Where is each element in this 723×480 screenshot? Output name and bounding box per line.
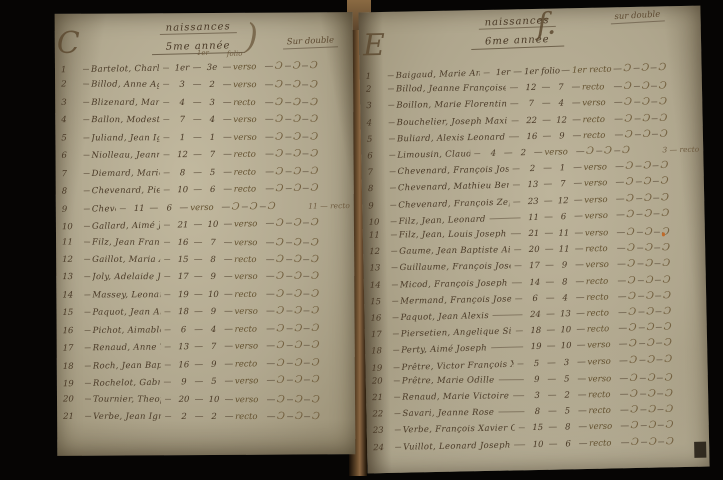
ditto-mark: Ɔ	[294, 374, 303, 386]
connector-dash	[620, 378, 628, 379]
entry-number: 8	[62, 186, 82, 196]
ditto-mark: Ɔ	[643, 176, 652, 188]
connector-dash	[193, 119, 201, 120]
entry-name: Bouchelier, Joseph Maximin	[397, 116, 508, 128]
connector-dash	[266, 294, 274, 295]
ditto-mark: Ɔ	[630, 388, 639, 400]
connector-dash	[223, 67, 231, 68]
connector-dash	[577, 329, 585, 330]
connector-dash	[390, 188, 396, 189]
entry-name: Renaud, Anne Therese	[93, 343, 161, 354]
connector-dash	[392, 284, 398, 285]
entry-folio-number: 3e	[203, 63, 221, 73]
connector-dash	[614, 150, 620, 151]
sur-double-ditto-marks: ƆƆƆ	[277, 323, 351, 335]
entry-name: Micod, François Joseph	[400, 278, 508, 290]
connector-dash	[544, 168, 552, 169]
register-entry: 24Vuillot, Leonard Joseph106rectoƆƆƆ	[373, 435, 705, 453]
ditto-mark: Ɔ	[663, 306, 672, 318]
connector-dash	[574, 167, 582, 168]
connector-dash	[639, 359, 645, 360]
connector-dash	[260, 206, 266, 207]
sur-double-ditto-marks: ƆƆƆ	[629, 337, 703, 350]
connector-dash	[195, 346, 203, 347]
connector-dash	[542, 87, 550, 88]
entry-folio-number: 2	[205, 412, 223, 422]
ditto-mark: Ɔ	[311, 183, 320, 195]
connector-dash	[579, 443, 587, 444]
entry-name: Guillaume, François Joseph	[399, 262, 510, 274]
connector-dash	[84, 312, 90, 313]
connector-dash	[549, 427, 557, 428]
connector-line	[514, 266, 521, 267]
ditto-mark: Ɔ	[643, 192, 651, 204]
connector-dash	[389, 155, 395, 156]
connector-dash	[547, 330, 555, 331]
connector-dash	[578, 394, 586, 395]
connector-dash	[545, 233, 553, 234]
entry-name: Perty, Aimé Joseph	[401, 344, 487, 356]
entry-name: Buliard, Alexis Leonard	[397, 132, 506, 144]
connector-line	[491, 347, 523, 349]
entry-act-number: 23	[524, 196, 542, 206]
scanned-register-photo: C naissances 5me année ) Sur double 1er …	[0, 0, 723, 480]
entry-folio-number: 12	[554, 196, 572, 206]
connector-dash	[83, 119, 89, 120]
connector-dash	[193, 102, 201, 103]
entry-folio-number: 4	[205, 325, 223, 335]
sur-double-ditto-marks: ƆƆƆ	[630, 388, 704, 400]
entry-name: Chevenard, François Joseph	[398, 165, 509, 177]
sur-double-ditto-marks: ƆƆƆ	[630, 404, 704, 416]
entry-act-number: 14	[526, 277, 544, 287]
register-entry: 12Gaume, Jean Baptiste Aimé2011rectoƆƆƆ	[369, 242, 701, 257]
connector-dash	[546, 265, 554, 266]
entry-name: Filz, Jean, Leonard	[398, 214, 485, 227]
register-entry: 16Pichot, Aimable Pline64rectoƆƆƆ	[63, 323, 351, 336]
connector-dash	[303, 242, 309, 243]
ditto-mark: Ɔ	[648, 420, 657, 432]
entry-folio-side: recto	[235, 324, 265, 334]
connector-dash	[242, 206, 248, 207]
ditto-mark: Ɔ	[626, 193, 634, 205]
sur-double-ditto-marks: ƆƆƆ	[275, 80, 349, 91]
sur-double-ditto-marks: ƆƆƆ	[627, 258, 701, 270]
ditto-mark: Ɔ	[661, 208, 669, 220]
entry-folio-number: 9	[205, 359, 223, 369]
connector-dash	[616, 166, 624, 167]
entry-folio-number: 6	[160, 203, 178, 213]
connector-dash	[303, 136, 309, 137]
connector-dash	[395, 430, 401, 431]
connector-line	[512, 120, 519, 121]
connector-dash	[84, 208, 90, 209]
entry-act-number: 13	[524, 180, 542, 190]
entry-folio-side: verso	[233, 133, 263, 143]
connector-dash	[657, 359, 663, 360]
connector-dash	[637, 264, 643, 265]
entry-number: 3	[61, 98, 81, 108]
connector-dash	[394, 413, 400, 414]
entry-name: Baigaud, Marie Angelique	[396, 69, 481, 82]
entry-act-number: 8	[528, 407, 546, 417]
connector-dash	[633, 68, 639, 69]
entry-act-number: 3	[173, 80, 191, 90]
connector-dash	[195, 398, 203, 399]
entry-folio-number: 6	[554, 212, 572, 223]
entry-name: Savari, Jeanne Rose	[402, 408, 494, 419]
entry-act-number: 17	[174, 272, 192, 282]
ditto-mark: Ɔ	[641, 97, 650, 109]
connector-dash	[223, 102, 231, 103]
connector-dash	[85, 330, 91, 331]
entry-act-number: 20	[175, 394, 193, 404]
entry-act-number: 17	[525, 261, 543, 271]
entry-number: 14	[370, 280, 390, 290]
connector-dash	[658, 441, 664, 442]
connector-dash	[621, 442, 629, 443]
connector-dash	[304, 379, 310, 380]
entry-name: Renaud, Marie Victoire	[402, 391, 509, 402]
ditto-mark: Ɔ	[641, 62, 649, 74]
entry-folio-number: 5	[558, 407, 576, 417]
ditto-mark: Ɔ	[293, 236, 302, 248]
ditto-mark: Ɔ	[276, 254, 285, 266]
entry-name: Tournier, Theophile Tobie	[93, 394, 161, 404]
connector-dash	[575, 249, 583, 250]
ditto-mark: Ɔ	[629, 372, 638, 384]
connector-dash	[654, 232, 660, 233]
connector-dash	[267, 345, 275, 346]
connector-dash	[655, 279, 661, 280]
sur-double-ditto-marks: ƆƆƆ	[276, 165, 350, 177]
register-entry: 16Paquot, Jean Alexis2413rectoƆƆƆ	[370, 305, 702, 323]
connector-dash	[392, 301, 398, 302]
entry-act-number: 16	[523, 132, 541, 142]
entry-act-number: 12	[173, 150, 191, 160]
connector-line	[164, 225, 170, 226]
connector-dash	[618, 312, 626, 313]
connector-dash	[579, 426, 587, 427]
entry-folio-side: verso	[234, 238, 264, 248]
register-entry: 4Ballon, Modeste Alexis74versoƆƆƆ	[61, 114, 349, 125]
connector-dash	[545, 249, 553, 250]
ditto-mark: Ɔ	[294, 357, 303, 369]
ditto-mark: Ɔ	[659, 96, 668, 108]
entry-folio-side: verso	[235, 342, 265, 352]
ditto-mark: Ɔ	[276, 393, 285, 405]
ditto-mark: Ɔ	[630, 404, 639, 416]
ditto-mark: Ɔ	[276, 357, 285, 369]
register-entry: 3Boillon, Marie Florentine74versoƆƆƆ	[366, 96, 698, 111]
connector-dash	[285, 85, 291, 86]
ditto-mark: Ɔ	[664, 322, 673, 334]
entry-name: Joly, Adelaide Julie	[92, 272, 160, 282]
entry-number: 10	[62, 222, 82, 232]
entry-act-number: 9	[175, 377, 193, 387]
ditto-mark: Ɔ	[623, 81, 632, 93]
connector-line	[513, 395, 524, 396]
entry-folio-side: recto	[588, 406, 618, 416]
entry-number: 19	[63, 379, 83, 389]
register-entry: 8Chevenard, Pierre Julie106rectoƆƆƆ	[62, 183, 350, 197]
entry-folio-number: 1er folio	[524, 66, 560, 77]
entry-number: 18	[63, 361, 83, 371]
connector-dash	[265, 102, 273, 103]
ditto-mark: Ɔ	[275, 236, 284, 248]
entry-name: Niolleau, Jeanne Marie Philippine	[91, 151, 159, 161]
connector-dash	[655, 248, 661, 249]
entry-act-number: 10	[529, 439, 547, 449]
connector-dash	[636, 182, 642, 183]
sur-double-ditto-marks: ƆƆƆ	[628, 274, 702, 286]
sur-double-ditto-marks: ƆƆƆ	[624, 96, 698, 108]
connector-dash	[504, 152, 512, 153]
connector-dash	[658, 425, 664, 426]
entry-folio-number: 2	[558, 390, 576, 400]
entry-number: 7	[368, 167, 388, 177]
ditto-mark: Ɔ	[293, 254, 302, 266]
entry-folio-number: 9	[204, 272, 222, 282]
connector-dash	[635, 166, 641, 167]
connector-line	[165, 347, 171, 348]
entry-name: Billod, Anne Agnes Elizabeth	[91, 80, 159, 90]
entry-folio-number: 7	[205, 342, 223, 352]
left-page: C naissances 5me année ) Sur double 1er …	[55, 12, 356, 456]
connector-dash	[84, 277, 90, 278]
ditto-mark: Ɔ	[311, 305, 320, 317]
connector-dash	[656, 327, 662, 328]
register-entry: 1Bartelot, Charle Auguste1er3eversoƆƆƆ	[61, 60, 349, 76]
connector-dash	[180, 207, 188, 208]
entry-name: Prêtre, Marie Odille	[402, 375, 495, 386]
connector-dash	[577, 361, 585, 362]
entry-folio-side: recto	[583, 130, 613, 141]
entry-act-number: 11	[130, 203, 148, 213]
connector-dash	[286, 259, 292, 260]
entry-act-number: 21	[525, 229, 543, 239]
connector-line	[484, 72, 490, 73]
connector-dash	[578, 378, 586, 379]
connector-dash	[267, 380, 275, 381]
connector-dash	[285, 119, 291, 120]
connector-dash	[616, 198, 624, 199]
connector-dash	[266, 188, 274, 189]
ditto-mark: Ɔ	[310, 60, 319, 72]
entry-number: 4	[367, 118, 387, 128]
register-entry: 22Savari, Jeanne Rose85rectoƆƆƆ	[372, 404, 704, 420]
entry-folio-number: 11	[555, 229, 573, 239]
ditto-mark: Ɔ	[665, 404, 674, 416]
connector-dash	[225, 416, 233, 417]
connector-dash	[194, 311, 202, 312]
entry-folio-number: 8	[204, 255, 222, 265]
connector-dash	[83, 69, 89, 70]
entry-number: 12	[62, 255, 82, 265]
sur-double-ditto-marks: ƆƆƆ	[586, 144, 660, 156]
entry-name: Gaillot, Maria Angelica	[92, 255, 160, 265]
ditto-mark: Ɔ	[311, 322, 320, 334]
connector-dash	[194, 154, 202, 155]
entry-folio-number: 9	[553, 131, 571, 141]
connector-dash	[657, 377, 663, 378]
entry-folio-side: verso	[233, 62, 263, 72]
entry-number: 4	[61, 115, 81, 125]
entry-folio-side: recto	[234, 167, 264, 177]
connector-line	[519, 428, 525, 429]
entry-folio-side: verso	[584, 194, 614, 205]
connector-dash	[573, 135, 581, 136]
connector-dash	[267, 399, 275, 400]
connector-dash	[547, 346, 555, 347]
connector-dash	[393, 317, 399, 318]
connector-dash	[193, 137, 201, 138]
entry-folio-side: recto	[233, 150, 263, 160]
sur-double-ditto-marks: ƆƆƆ	[232, 200, 306, 212]
connector-dash	[302, 65, 308, 66]
register-entry: 6Niolleau, Jeanne Marie Philippine127rec…	[61, 148, 349, 161]
connector-dash	[393, 350, 399, 351]
ditto-mark: Ɔ	[294, 340, 303, 352]
connector-dash	[614, 102, 622, 103]
entry-name: Chevenard, Jeanne Joseph Guyonne	[92, 204, 117, 214]
entry-act-number: 13	[175, 342, 193, 352]
connector-dash	[194, 172, 202, 173]
entry-folio-side: recto	[235, 412, 265, 422]
connector-line	[164, 259, 170, 260]
connector-dash	[578, 410, 586, 411]
ditto-mark: Ɔ	[648, 436, 657, 448]
connector-line	[513, 168, 520, 169]
entry-folio-number: 9	[555, 261, 573, 271]
connector-dash	[265, 66, 273, 67]
connector-dash	[224, 171, 232, 172]
connector-dash	[637, 232, 643, 233]
connector-dash	[651, 86, 657, 87]
connector-dash	[618, 264, 626, 265]
connector-dash	[285, 136, 291, 137]
entry-act-number: 9	[528, 375, 546, 385]
connector-dash	[534, 152, 542, 153]
sur-double-ditto-marks: ƆƆƆ	[627, 242, 701, 254]
connector-dash	[225, 329, 233, 330]
entry-name: Pichot, Aimable Pline	[93, 325, 161, 336]
connector-dash	[285, 154, 291, 155]
connector-dash	[574, 183, 582, 184]
connector-dash	[634, 118, 640, 119]
connector-dash	[194, 259, 202, 260]
entry-number: 21	[372, 393, 392, 403]
ditto-mark: Ɔ	[628, 307, 637, 319]
connector-dash	[223, 119, 231, 120]
connector-line	[163, 137, 169, 138]
entry-number: 11	[62, 237, 82, 247]
entry-name: Roch, Jean Baptiste Modeste	[93, 360, 161, 371]
register-entry: 12Gaillot, Maria Angelica158rectoƆƆƆ	[62, 254, 350, 265]
entry-folio-side: verso	[235, 376, 265, 386]
connector-dash	[514, 71, 522, 72]
connector-dash	[562, 70, 570, 71]
connector-dash	[83, 102, 89, 103]
entry-act-number: 7	[173, 115, 191, 125]
connector-dash	[549, 443, 557, 444]
ditto-mark: Ɔ	[645, 258, 654, 270]
connector-dash	[577, 345, 585, 346]
connector-dash	[544, 184, 552, 185]
ditto-mark: Ɔ	[275, 97, 284, 109]
sur-double-ditto-marks: ƆƆƆ	[631, 419, 705, 431]
connector-dash	[84, 259, 90, 260]
connector-line	[474, 153, 480, 154]
ditto-mark: Ɔ	[621, 145, 630, 157]
ditto-mark: Ɔ	[276, 288, 285, 300]
entry-number: 9	[62, 204, 82, 214]
sur-double-ditto-marks: ƆƆƆ	[629, 353, 703, 366]
connector-line	[164, 294, 170, 295]
sur-double-ditto-marks: ƆƆƆ	[623, 61, 697, 74]
ditto-mark: Ɔ	[311, 217, 320, 229]
connector-line	[164, 382, 171, 383]
ditto-mark: Ɔ	[624, 113, 633, 125]
entry-folio-number: 10	[205, 395, 223, 405]
connector-dash	[542, 103, 550, 104]
connector-dash	[653, 165, 659, 166]
connector-line	[514, 249, 521, 250]
connector-dash	[619, 328, 627, 329]
entries-list-right: 1Baigaud, Marie Angelique1er1er folio1er…	[358, 6, 709, 474]
entry-name: Verbe, Jean Ignace Alexandre	[93, 412, 161, 422]
ditto-mark: Ɔ	[659, 81, 668, 93]
sur-double-ditto-marks: ƆƆƆ	[277, 340, 351, 352]
entry-number: 3	[366, 101, 386, 111]
entry-folio-number: 6	[559, 439, 577, 449]
entry-act-number: 22	[523, 115, 541, 125]
entry-folio-side: verso	[585, 228, 615, 238]
connector-dash	[285, 171, 291, 172]
connector-dash	[639, 343, 645, 344]
register-entry: 1Baigaud, Marie Angelique1er1er folio1er…	[366, 61, 698, 82]
connector-dash	[303, 188, 309, 189]
connector-dash	[617, 248, 625, 249]
entry-name: Bartelot, Charle Auguste	[91, 64, 159, 75]
ditto-mark: Ɔ	[648, 404, 657, 416]
connector-line	[513, 185, 520, 186]
connector-dash	[641, 441, 647, 442]
ditto-mark: Ɔ	[310, 97, 319, 109]
connector-dash	[267, 363, 275, 364]
entry-number: 1	[366, 71, 386, 82]
entry-number: 24	[373, 442, 393, 452]
entry-folio-side: verso	[587, 340, 617, 351]
register-entry: 7Diemard, Marie Joseph85rectoƆƆƆ	[62, 165, 350, 178]
connector-dash	[84, 173, 90, 174]
connector-dash	[574, 199, 582, 200]
ditto-mark: Ɔ	[293, 131, 302, 143]
connector-line	[164, 190, 170, 191]
connector-line	[515, 444, 526, 445]
connector-dash	[195, 329, 203, 330]
ditto-mark: Ɔ	[604, 145, 613, 157]
entry-number: 22	[372, 409, 392, 419]
connector-dash	[390, 171, 396, 172]
ditto-mark: Ɔ	[276, 323, 285, 335]
entry-folio-number: 2	[203, 80, 221, 90]
entry-number: 20	[63, 394, 83, 404]
connector-dash	[388, 105, 394, 106]
entry-number: 21	[63, 412, 83, 422]
sur-double-ditto-marks: ƆƆƆ	[276, 305, 350, 316]
entry-folio-side: verso	[234, 272, 264, 282]
